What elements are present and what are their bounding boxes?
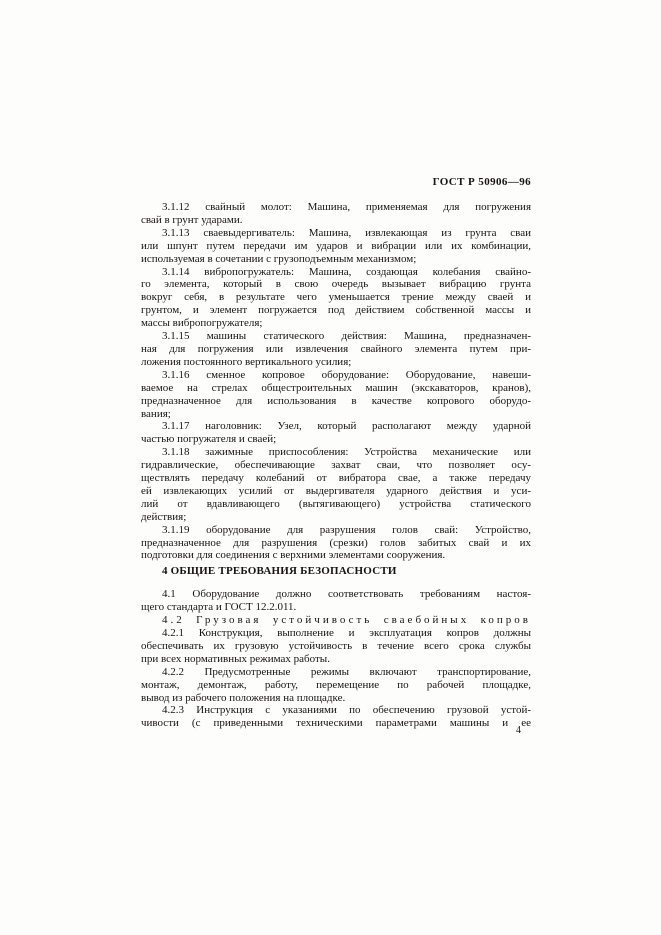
text-line: 3.1.13 сваевыдергиватель: Машина, извлек…	[141, 227, 531, 240]
text-line: ществлять передачу колебаний от вибратор…	[141, 472, 531, 485]
clause-3-1-13: 3.1.13 сваевыдергиватель: Машина, извлек…	[141, 227, 531, 266]
text-line: вокруг себя, в результате чего уменьшает…	[141, 291, 531, 304]
text-line: 4 ОБЩИЕ ТРЕБОВАНИЯ БЕЗОПАСНОСТИ	[141, 565, 531, 578]
text-line: ваемое на стрелах общестроительных машин…	[141, 382, 531, 395]
text-line: монтаж, демонтаж, работу, перемещение по…	[141, 679, 531, 692]
text-line: 3.1.17 наголовник: Узел, который распола…	[141, 420, 531, 433]
text-line: 4.2.2 Предусмотренные режимы включают тр…	[141, 666, 531, 679]
text-line: лий от вдавливающего (вытягивающего) уст…	[141, 498, 531, 511]
clause-3-1-18: 3.1.18 зажимные приспособления: Устройст…	[141, 446, 531, 523]
clause-4-1: 4.1 Оборудование должно соответствовать …	[141, 588, 531, 614]
text-line: или шпунт путем передачи им ударов и виб…	[141, 240, 531, 253]
page-number: 4	[141, 725, 521, 736]
clause-3-1-14: 3.1.14 вибропогружатель: Машина, создающ…	[141, 266, 531, 331]
text-line: действия;	[141, 511, 531, 524]
text-line: гидравлические, обеспечивающие захват св…	[141, 459, 531, 472]
text-line: 3.1.14 вибропогружатель: Машина, создающ…	[141, 266, 531, 279]
running-header-standard-code: ГОСТ Р 50906—96	[141, 176, 531, 188]
text-line: ложения постоянного вертикального усилия…	[141, 356, 531, 369]
text-line: ная для погружения или извлечения свайно…	[141, 343, 531, 356]
clause-3-1-16: 3.1.16 сменное копровое оборудование: Об…	[141, 369, 531, 421]
text-line: 4.2.3 Инструкция с указаниями по обеспеч…	[141, 704, 531, 717]
text-line: 3.1.15 машины статического действия: Маш…	[141, 330, 531, 343]
text-line: грунтом, и элемент погружается под дейст…	[141, 304, 531, 317]
clause-4-2-1: 4.2.1 Конструкция, выполнение и эксплуат…	[141, 627, 531, 666]
clause-3-1-19: 3.1.19 оборудование для разрушения голов…	[141, 524, 531, 563]
clause-3-1-15: 3.1.15 машины статического действия: Маш…	[141, 330, 531, 369]
section-4-heading: 4 ОБЩИЕ ТРЕБОВАНИЯ БЕЗОПАСНОСТИ	[141, 565, 531, 578]
clause-4-2: 4.2 Грузовая устойчивость сваебойных коп…	[141, 614, 531, 627]
document-page: ГОСТ Р 50906—96 3.1.12 свайный молот: Ма…	[0, 0, 661, 935]
text-line: ей извлекающих усилий от выдергивателя у…	[141, 485, 531, 498]
text-line: щего стандарта и ГОСТ 12.2.011.	[141, 601, 531, 614]
text-line: используемая в сочетании с грузоподъемны…	[141, 253, 531, 266]
document-body: 3.1.12 свайный молот: Машина, применяема…	[141, 201, 531, 730]
text-line: 4.1 Оборудование должно соответствовать …	[141, 588, 531, 601]
text-line: го элемента, который в свою очередь вызы…	[141, 278, 531, 291]
text-line: предназначенное для использования в каче…	[141, 395, 531, 408]
text-line: при всех нормативных режимах работы.	[141, 653, 531, 666]
text-line: вывод из рабочего положения на площадке.	[141, 692, 531, 705]
clause-4-2-2: 4.2.2 Предусмотренные режимы включают тр…	[141, 666, 531, 705]
text-line: 3.1.12 свайный молот: Машина, применяема…	[141, 201, 531, 214]
text-line: частью погружателя и сваей;	[141, 433, 531, 446]
text-line: 3.1.16 сменное копровое оборудование: Об…	[141, 369, 531, 382]
text-line: вания;	[141, 408, 531, 421]
text-line: массы вибропогружателя;	[141, 317, 531, 330]
text-line: подготовки для соединения с верхними эле…	[141, 549, 531, 562]
text-line: обеспечивать их грузовую устойчивость в …	[141, 640, 531, 653]
clause-3-1-12: 3.1.12 свайный молот: Машина, применяема…	[141, 201, 531, 227]
text-line: 4.2 Грузовая устойчивость сваебойных коп…	[141, 614, 531, 627]
text-line: 3.1.19 оборудование для разрушения голов…	[141, 524, 531, 537]
text-line: 4.2.1 Конструкция, выполнение и эксплуат…	[141, 627, 531, 640]
text-line: свай в грунт ударами.	[141, 214, 531, 227]
clause-3-1-17: 3.1.17 наголовник: Узел, который распола…	[141, 420, 531, 446]
text-line: 3.1.18 зажимные приспособления: Устройст…	[141, 446, 531, 459]
text-line: предназначенное для разрушения (срезки) …	[141, 537, 531, 550]
